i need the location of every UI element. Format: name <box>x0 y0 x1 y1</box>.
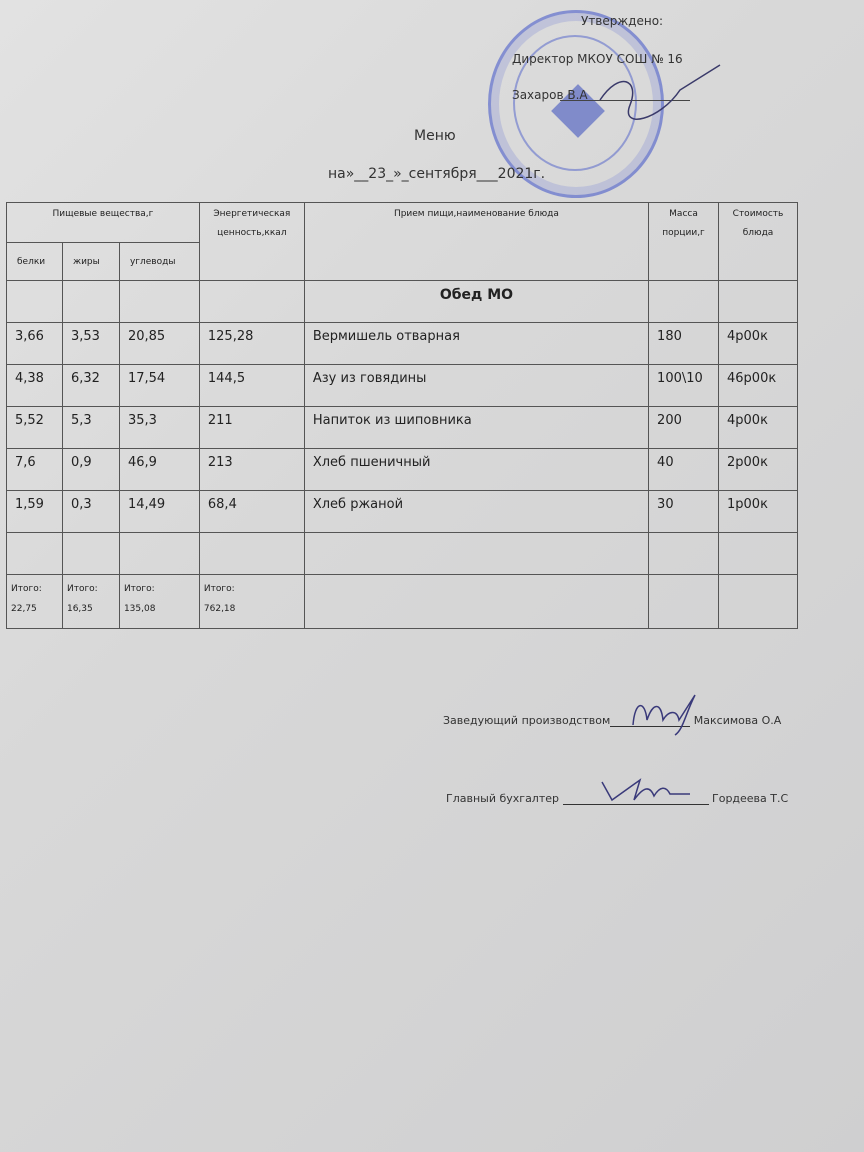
cell-cost: 2р00к <box>719 449 798 491</box>
cell-carbs: 17,54 <box>119 365 199 407</box>
director-signature-icon <box>590 60 730 130</box>
header-cost: Стоимость блюда <box>719 203 798 281</box>
header-nutrients: Пищевые вещества,г <box>7 203 200 243</box>
cell-carbs: 46,9 <box>119 449 199 491</box>
accountant-signature-icon <box>600 776 700 806</box>
total-energy: Итого:762,18 <box>199 575 304 629</box>
cell-energy: 211 <box>199 407 304 449</box>
cell-fats: 0,9 <box>62 449 119 491</box>
cell-fats: 6,32 <box>62 365 119 407</box>
cell-proteins: 3,66 <box>7 323 63 365</box>
cell-mass: 100\10 <box>649 365 719 407</box>
section-title: Обед МО <box>304 281 648 323</box>
empty-row <box>7 533 798 575</box>
table-row: 1,590,314,4968,4Хлеб ржаной301р00к <box>7 491 798 533</box>
cell-energy: 125,28 <box>199 323 304 365</box>
cell-mass: 180 <box>649 323 719 365</box>
cell-mass: 40 <box>649 449 719 491</box>
header-energy: Энергетическая ценность,ккал <box>199 203 304 281</box>
production-signature: Заведующий производством Максимова О.А <box>443 714 781 727</box>
cell-energy: 213 <box>199 449 304 491</box>
cell-mass: 200 <box>649 407 719 449</box>
totals-row: Итого:22,75 Итого:16,35 Итого:135,08 Ито… <box>7 575 798 629</box>
cell-cost: 46р00к <box>719 365 798 407</box>
cell-dish: Азу из говядины <box>304 365 648 407</box>
page-title: Меню <box>414 128 456 144</box>
table-row: 4,386,3217,54144,5Азу из говядины100\104… <box>7 365 798 407</box>
cell-fats: 0,3 <box>62 491 119 533</box>
header-dish: Прием пищи,наименование блюда <box>304 203 648 281</box>
approved-label: Утверждено: <box>581 14 663 28</box>
cell-proteins: 7,6 <box>7 449 63 491</box>
cell-proteins: 4,38 <box>7 365 63 407</box>
cell-energy: 144,5 <box>199 365 304 407</box>
accountant-label: Главный бухгалтер <box>446 792 559 805</box>
cell-cost: 1р00к <box>719 491 798 533</box>
cell-carbs: 35,3 <box>119 407 199 449</box>
cell-dish: Вермишель отварная <box>304 323 648 365</box>
header-carbs: углеводы <box>119 243 199 281</box>
production-label: Заведующий производством <box>443 714 610 727</box>
production-signature-icon <box>625 690 715 740</box>
menu-table: Пищевые вещества,г Энергетическая ценнос… <box>6 202 798 629</box>
total-carbs: Итого:135,08 <box>119 575 199 629</box>
header-proteins: белки <box>7 243 63 281</box>
total-proteins: Итого:22,75 <box>7 575 63 629</box>
table-row: 7,60,946,9213Хлеб пшеничный402р00к <box>7 449 798 491</box>
cell-cost: 4р00к <box>719 407 798 449</box>
cell-dish: Хлеб ржаной <box>304 491 648 533</box>
cell-carbs: 20,85 <box>119 323 199 365</box>
total-fats: Итого:16,35 <box>62 575 119 629</box>
cell-energy: 68,4 <box>199 491 304 533</box>
accountant-name: Гордеева Т.С <box>712 792 788 805</box>
cell-dish: Напиток из шиповника <box>304 407 648 449</box>
cell-proteins: 5,52 <box>7 407 63 449</box>
table-row: 5,525,335,3211Напиток из шиповника2004р0… <box>7 407 798 449</box>
table-row: 3,663,5320,85125,28Вермишель отварная180… <box>7 323 798 365</box>
cell-proteins: 1,59 <box>7 491 63 533</box>
cell-mass: 30 <box>649 491 719 533</box>
cell-fats: 5,3 <box>62 407 119 449</box>
cell-cost: 4р00к <box>719 323 798 365</box>
date-line: на»__23_»_сентября___2021г. <box>328 166 545 182</box>
cell-fats: 3,53 <box>62 323 119 365</box>
header-fats: жиры <box>62 243 119 281</box>
section-row: Обед МО <box>7 281 798 323</box>
cell-carbs: 14,49 <box>119 491 199 533</box>
header-mass: Масса порции,г <box>649 203 719 281</box>
cell-dish: Хлеб пшеничный <box>304 449 648 491</box>
